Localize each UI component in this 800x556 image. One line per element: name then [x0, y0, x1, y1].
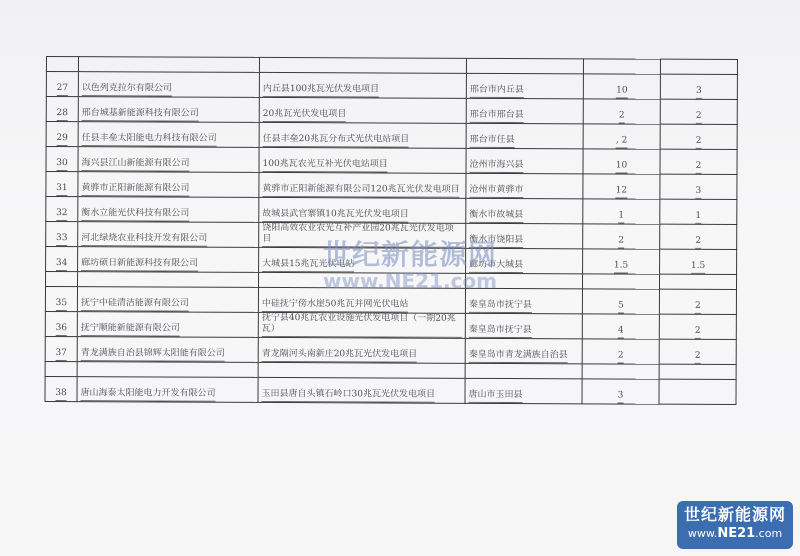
company-cell: 廊坊硕日新能源科技有限公司 [78, 247, 259, 273]
row-number: 34 [46, 247, 78, 272]
capacity-cell: 2 [583, 99, 660, 124]
project-cell: 抚宁县40兆瓦农业设施光伏发电项目（一期20兆瓦） [258, 312, 465, 338]
capacity-cell: 2 [583, 224, 660, 249]
logo-url: www.NE21.com [677, 527, 793, 541]
row-number: 32 [46, 197, 78, 222]
capacity-cell: 2 [582, 339, 659, 364]
project-cell: 100兆瓦农光互补光伏电站项目 [259, 147, 466, 173]
table-row: 34廊坊硕日新能源科技有限公司大城县15兆瓦光伏电站廊坊市大城县1.51.5 [46, 247, 737, 275]
project-cell: 大城县15兆瓦光伏电站 [259, 247, 466, 273]
project-table: 27以色列克拉尔有限公司内丘县100兆瓦光伏发电项目邢台市内丘县10328邢台城… [44, 56, 738, 405]
row-number: 27 [46, 72, 78, 97]
table-row: 33河北绿烧农业科技开发有限公司饶阳高效农业农光互补产业园20兆瓦光伏发电项目衡… [46, 222, 737, 250]
project-cell: 青龙隔河头南新庄20兆瓦光伏发电项目 [258, 337, 465, 363]
company-cell: 衡水立能光伏科技有限公司 [78, 197, 259, 223]
company-cell: 抚宁顺能新能源有限公司 [77, 312, 258, 338]
quota-cell: 1 [660, 199, 737, 224]
company-cell: 河北绿烧农业科技开发有限公司 [78, 222, 259, 248]
quota-cell: 2 [660, 224, 737, 249]
row-number: 38 [45, 376, 77, 401]
quota-cell: 3 [660, 174, 737, 199]
location-cell: 秦皇岛市青龙满族自治县 [465, 338, 582, 364]
table-row: 37青龙满族自治县锦辉太阳能有限公司青龙隔河头南新庄20兆瓦光伏发电项目秦皇岛市… [45, 336, 736, 364]
table-row: 31黄骅市正阳新能源有限公司黄骅市正阳新能源有限公司120兆瓦光伏发电项目沧州市… [46, 172, 737, 200]
company-cell: 任县丰垒太阳能电力科技有限公司 [78, 122, 259, 148]
row-number: 28 [46, 97, 78, 122]
capacity-cell: 12 [583, 174, 660, 199]
quota-cell: 3 [660, 74, 737, 99]
table-row: 29任县丰垒太阳能电力科技有限公司任县丰垒20兆瓦分布式光伏电站项目邢台市任县,… [46, 122, 737, 150]
company-cell: 黄骅市正阳新能源有限公司 [78, 172, 259, 198]
quota-cell: 2 [659, 339, 736, 364]
table-row: 38唐山海泰太阳能电力开发有限公司玉田县唐自头镇石岭口30兆瓦光伏发电项目唐山市… [45, 376, 736, 404]
quota-cell: 2 [660, 149, 737, 174]
company-cell: 以色列克拉尔有限公司 [78, 72, 259, 98]
capacity-cell: 10 [583, 74, 660, 99]
row-number: 37 [45, 336, 77, 361]
capacity-cell: 1 [583, 199, 660, 224]
table-row: 27以色列克拉尔有限公司内丘县100兆瓦光伏发电项目邢台市内丘县103 [46, 72, 737, 100]
quota-cell: 1.5 [660, 249, 737, 274]
quota-cell [659, 379, 736, 404]
capacity-cell: 10 [583, 149, 660, 174]
project-cell: 任县丰垒20兆瓦分布式光伏电站项目 [259, 122, 466, 148]
location-cell: 秦皇岛市抚宁县 [465, 313, 582, 339]
row-number: 30 [46, 147, 78, 172]
location-cell: 沧州市海兴县 [466, 148, 583, 174]
company-cell: 海兴县江山新能源有限公司 [78, 147, 259, 173]
quota-cell: 2 [660, 99, 737, 124]
location-cell: 衡水市故城县 [466, 198, 583, 224]
project-cell: 饶阳高效农业农光互补产业园20兆瓦光伏发电项目 [259, 222, 466, 248]
company-cell: 邢台城基新能源科技有限公司 [78, 97, 259, 123]
row-number: 35 [45, 287, 77, 312]
site-logo[interactable]: 世纪新能源网 www.NE21.com [677, 501, 793, 549]
scanned-document-page: 27以色列克拉尔有限公司内丘县100兆瓦光伏发电项目邢台市内丘县10328邢台城… [0, 0, 800, 556]
table-row: 30海兴县江山新能源有限公司100兆瓦农光互补光伏电站项目沧州市海兴县102 [46, 147, 737, 175]
logo-title: 世纪新能源网 [677, 501, 793, 527]
row-number: 31 [46, 172, 78, 197]
quota-cell: 2 [659, 289, 736, 314]
table-row: 28邢台城基新能源科技有限公司20兆瓦光伏发电项目邢台市邢台县22 [46, 97, 737, 125]
company-cell: 唐山海泰太阳能电力开发有限公司 [77, 377, 258, 403]
location-cell: 邢台市内丘县 [466, 73, 583, 99]
quota-cell: 2 [660, 124, 737, 149]
location-cell: 沧州市黄骅市 [466, 173, 583, 199]
table-row: 32衡水立能光伏科技有限公司故城县武官寨镇10兆瓦光伏发电项目衡水市故城县11 [46, 197, 737, 225]
table-row: 35抚宁中硅清洁能源有限公司中硅抚宁傍水崖50兆瓦并网光伏电站秦皇岛市抚宁县52 [45, 287, 736, 315]
capacity-cell: 5 [582, 289, 659, 314]
row-number: 33 [46, 222, 78, 247]
capacity-cell: 4 [582, 314, 659, 339]
project-cell: 内丘县100兆瓦光伏发电项目 [259, 72, 466, 98]
quota-cell: 2 [659, 314, 736, 339]
table-row: 36抚宁顺能新能源有限公司抚宁县40兆瓦农业设施光伏发电项目（一期20兆瓦）秦皇… [45, 311, 736, 339]
location-cell: 衡水市饶阳县 [466, 223, 583, 249]
company-cell: 青龙满族自治县锦辉太阳能有限公司 [77, 337, 258, 363]
location-cell: 秦皇岛市抚宁县 [465, 288, 582, 314]
location-cell: 邢台市邢台县 [466, 98, 583, 124]
location-cell: 邢台市任县 [466, 123, 583, 149]
company-cell: 抚宁中硅清洁能源有限公司 [77, 287, 258, 313]
location-cell: 唐山市玉田县 [465, 378, 582, 404]
capacity-cell: , 2 [583, 124, 660, 149]
location-cell: 廊坊市大城县 [466, 248, 583, 274]
capacity-cell: 3 [582, 379, 659, 404]
project-cell: 故城县武官寨镇10兆瓦光伏发电项目 [259, 197, 466, 223]
project-cell: 黄骅市正阳新能源有限公司120兆瓦光伏发电项目 [259, 172, 466, 198]
project-cell: 中硅抚宁傍水崖50兆瓦并网光伏电站 [258, 287, 465, 313]
capacity-cell: 1.5 [583, 249, 660, 274]
row-number: 36 [45, 311, 77, 336]
project-cell: 20兆瓦光伏发电项目 [259, 97, 466, 123]
project-cell: 玉田县唐自头镇石岭口30兆瓦光伏发电项目 [258, 377, 465, 403]
row-number: 29 [46, 122, 78, 147]
